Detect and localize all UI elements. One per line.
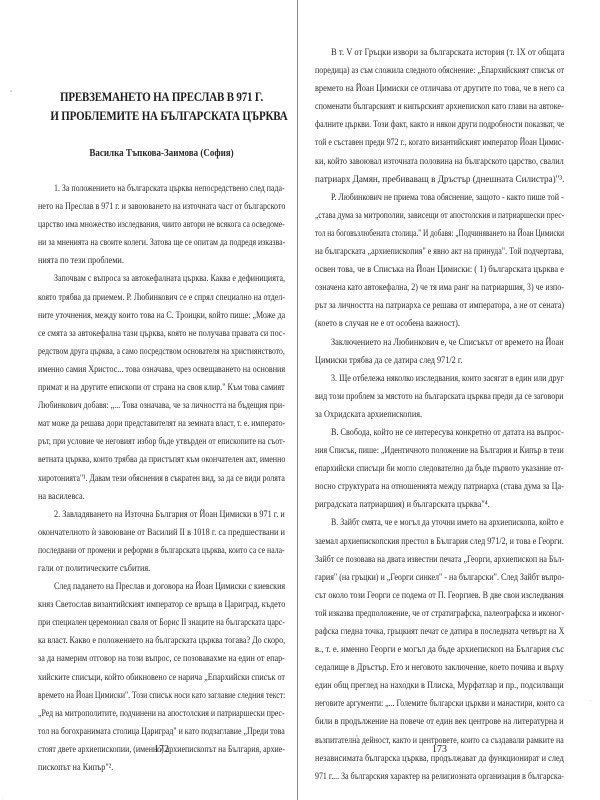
text-line: След падането на Преслав и договора на Й… — [38, 578, 285, 596]
text-line: рът, при условие че неговият избор бъде … — [38, 433, 285, 451]
text-line: царство има множество изследвания, чиито… — [38, 216, 285, 234]
text-line: той изказва предположение, че от стратиг… — [315, 605, 564, 623]
left-page: ПРЕВЗЕМАНЕТО НА ПРЕСЛАВ В 971 Г. И ПРОБЛ… — [38, 0, 285, 800]
text-line: В т. V от Гръцки извори за българската и… — [315, 44, 564, 62]
text-line: се смята за автокефална тази църква, коя… — [38, 325, 285, 343]
text-line: пископът на Кипър"². — [38, 759, 285, 777]
text-line: Започвам с въпроса за автокефалната църк… — [38, 270, 285, 288]
text-line: фалните църкви. Този факт, както и някои… — [315, 116, 564, 134]
right-body-text: В т. V от Гръцки извори за българската и… — [315, 44, 564, 786]
text-line: риградската патриаршия) и българската цъ… — [315, 496, 564, 514]
book-spread: ПРЕВЗЕМАНЕТО НА ПРЕСЛАВ В 971 Г. И ПРОБЛ… — [0, 0, 600, 800]
author-byline: Василка Тъпкова-Заимова (София) — [50, 147, 272, 161]
text-line: означена като автокефална, 2) че тя има … — [315, 279, 564, 297]
text-line: тол на боговъзлюбената столица." И добав… — [315, 225, 564, 243]
text-line: при специален церемониал сваля от Борис … — [38, 614, 285, 632]
text-line: редством друга църква, а само посредство… — [38, 343, 285, 361]
text-line: носно структурата на отношенията между п… — [315, 478, 564, 496]
text-line: рафска гледна точка, гръцкият печат се д… — [315, 623, 564, 641]
text-line: последвани от промени и реформи в българ… — [38, 542, 285, 560]
text-line: патриарх Дамян, пребиваващ в Дръстър (дн… — [315, 171, 564, 189]
text-line: седалище в Дръстър. Ето и неговото заклю… — [315, 659, 564, 677]
text-line: окончателното ѝ завоюване от Василий II … — [38, 524, 285, 542]
text-line: княз Светослав византийският император с… — [38, 596, 285, 614]
text-line: той е съставен преди 972 г., когато виза… — [315, 134, 564, 152]
text-line: на българската „архиепископия" е явно ак… — [315, 243, 564, 261]
scan-speck — [356, 735, 358, 737]
text-line: мат може да решава дори представителят н… — [38, 415, 285, 433]
left-body-text: 1. За положението на българската църква … — [38, 180, 285, 777]
text-line: гали от политическите събития. — [38, 560, 285, 578]
text-line: ния Списък, пише: „Идентичното положение… — [315, 442, 564, 460]
text-line: хиротонията"¹. Давам тези обяснения в съ… — [38, 470, 285, 488]
page-gutter-divider — [297, 0, 298, 800]
text-line: именно самия Христос... това означава, ч… — [38, 361, 285, 379]
title-line-2: И ПРОБЛЕМИТЕ НА БЪЛГАРСКАТА ЦЪРКВА — [50, 107, 272, 126]
text-line: Любинкович добавя: „... Това означава, ч… — [38, 397, 285, 415]
text-line: освен това, че в Списъка на Йоан Цимиски… — [315, 261, 564, 279]
scan-speck — [2, 798, 3, 799]
text-line: поредица) аз съм сложила следното обясне… — [315, 62, 564, 80]
text-line: един общ преглед на находки в Плиска, Му… — [315, 677, 564, 695]
text-line: ки, който завоювал източната половина на… — [315, 153, 564, 171]
text-line: Зайбт се позовава на двата известни печа… — [315, 551, 564, 569]
text-line: неговите аргументи: „... Големите българ… — [315, 695, 564, 713]
text-line: която трябва да приемем. Р. Любинкович с… — [38, 289, 285, 307]
text-line: ветната църква, които трябва да пристъпя… — [38, 451, 285, 469]
scan-speck — [590, 700, 591, 701]
text-line: били в продължение на повече от един век… — [315, 713, 564, 731]
text-line: „Ред на митрополитите, подчинени на апос… — [38, 705, 285, 723]
scan-speck — [10, 90, 12, 92]
text-line: Заключението на Любинкович е, че Списъкъ… — [315, 334, 564, 352]
scan-speck — [460, 760, 462, 762]
text-line: на василевса. — [38, 488, 285, 506]
text-line: примат и на другите епископи от страна н… — [38, 379, 285, 397]
text-line: 3. Ще отбележа няколко изследвания, коит… — [315, 370, 564, 388]
text-line: Цимиски трябва да се датира след 971/2 г… — [315, 352, 564, 370]
text-line: гария" (на гръцки) и „Георги синкел" - н… — [315, 569, 564, 587]
right-page: В т. V от Гръцки извори за българската и… — [315, 0, 564, 800]
page-number-right: 173 — [315, 744, 564, 755]
text-line: 971 г.... За българския характер на рели… — [315, 768, 564, 786]
text-line: ни за мненията на своите колеги. Затова … — [38, 234, 285, 252]
text-line: тол на богохранимата столица Цариград" и… — [38, 723, 285, 741]
text-line: (което в случая не е от особена важност)… — [315, 315, 564, 333]
text-line: хийските списъци, който обикновено се на… — [38, 669, 285, 687]
text-line: В. Свобода, който не се интересува конкр… — [315, 424, 564, 442]
article-title: ПРЕВЗЕМАНЕТО НА ПРЕСЛАВ В 971 Г. И ПРОБЛ… — [50, 88, 272, 126]
text-line: споменати българският и кипърският архие… — [315, 98, 564, 116]
text-line: „става дума за митрополии, зависещи от а… — [315, 207, 564, 225]
text-line: ка власт. Какво е положението на българс… — [38, 632, 285, 650]
text-line: Р. Любинкович не приема това обяснение, … — [315, 189, 564, 207]
text-line: в., т. е. именно Георги е могъл да бъде … — [315, 641, 564, 659]
text-line: ните уточнения, между които това на С. Т… — [38, 307, 285, 325]
text-line: 2. Завладяването на Източна България от … — [38, 506, 285, 524]
text-line: 1. За положението на българската църква … — [38, 180, 285, 198]
text-line: сът около този Георги се подема от П. Ге… — [315, 587, 564, 605]
text-line: вид този проблем за мястото на българска… — [315, 388, 564, 406]
text-line: В. Зайбт смята, че е могъл да уточни име… — [315, 514, 564, 532]
text-line: за Охридската архиепископия. — [315, 406, 564, 424]
text-line: времето на Йоан Цимиски". Този списък но… — [38, 687, 285, 705]
text-line: заемал архиепископския престол в Българи… — [315, 533, 564, 551]
text-line: за да намерим отговор на този въпрос, се… — [38, 650, 285, 668]
text-line: епархийски списъци би могло следователно… — [315, 460, 564, 478]
title-line-1: ПРЕВЗЕМАНЕТО НА ПРЕСЛАВ В 971 Г. — [50, 88, 272, 107]
text-line: нето на Преслав в 971 г. и завоюването н… — [38, 198, 285, 216]
text-line: нията по тези проблеми. — [38, 252, 285, 270]
text-line: времето на Йоан Цимиски се отличава от д… — [315, 80, 564, 98]
page-number-left: 172 — [38, 744, 285, 755]
text-line: рът за личността на патриарха се решава … — [315, 297, 564, 315]
